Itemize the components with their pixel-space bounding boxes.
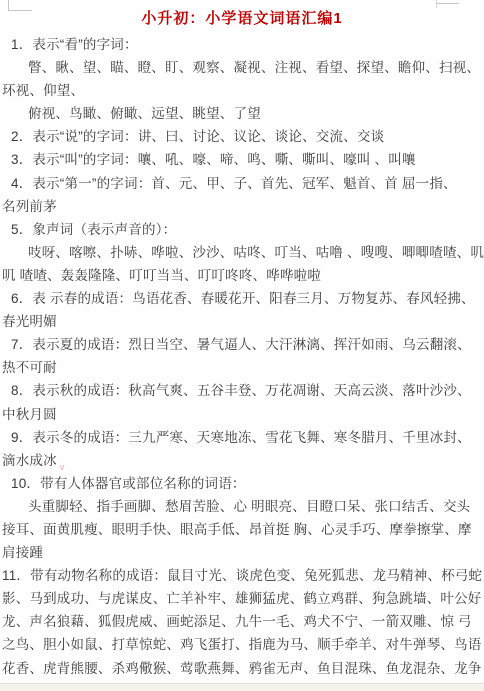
text-line-content: 环视、仰望、 (2, 83, 84, 98)
text-line: 肩接踵 (0, 541, 484, 564)
text-line-content: 3．表示“叫”的字词：嚷、吼、嚎、啼、鸣、嘶、嘶叫、嚎叫 、叫嚷 (11, 152, 416, 167)
text-line-content: 春光明媚 (2, 314, 57, 329)
text-line-content: 8．表示秋的成语：秋高气爽、五谷丰登、万花凋谢、天高云淡、落叶沙沙、 (11, 383, 471, 398)
text-line: 5．象声词（表示声音的）： (0, 218, 484, 241)
text-line-content: 6．表 示春的成语：鸟语花香、春暖花开、阳春三月、万物复苏、春风轻拂、 (11, 291, 475, 306)
text-line: 6．表 示春的成语：鸟语花香、春暖花开、阳春三月、万物复苏、春风轻拂、 (0, 287, 484, 310)
text-line: 叽 喳喳、轰轰隆隆、叮叮当当、叮叮咚咚、哗哗啦啦 (0, 264, 484, 287)
text-line-content: 叽 喳喳、轰轰隆隆、叮叮当当、叮叮咚咚、哗哗啦啦 (2, 268, 321, 283)
text-line-content: 龙、声名狼藉、狐假虎威、画蛇添足、九牛一毛、鸡犬不宁、一箭双雕、惊 弓 (2, 614, 472, 629)
text-line-content: 1．表示“看”的字词： (11, 37, 138, 52)
text-line: 2．表示“说”的字词：讲、曰、讨论、议论、谈论、交流、交谈 (0, 125, 484, 148)
text-line-content: 2．表示“说”的字词：讲、曰、讨论、议论、谈论、交流、交谈 (11, 129, 384, 144)
text-line: 8．表示秋的成语：秋高气爽、五谷丰登、万花凋谢、天高云淡、落叶沙沙、 (0, 379, 484, 402)
text-line-content: 7．表示夏的成语：烈日当空、暑气逼人、大汗淋漓、挥汗如雨、乌云翻滚、 (11, 337, 471, 352)
text-line: 1．表示“看”的字词： (0, 33, 484, 56)
text-line-content: 10．带有人体器官或部位名称的词语： (11, 476, 246, 491)
text-line: 瞥、瞅、望、瞄、瞪、盯、观察、凝视、注视、看望、探望、瞻仰、扫视、 (0, 56, 484, 79)
text-line-content: 头重脚轻、指手画脚、愁眉苦脸、心 明眼亮、目瞪口呆、张口结舌、交头 (28, 499, 470, 514)
text-line-content: 中秋月圆 (2, 407, 57, 422)
text-line: 滴水成冰v (0, 449, 484, 472)
text-line: 11．带有动物名称的成语：鼠目寸光、谈虎色变、兔死狐悲、龙马精神、杯弓蛇 (0, 564, 484, 587)
text-line: 龙、声名狼藉、狐假虎威、画蛇添足、九牛一毛、鸡犬不宁、一箭双雕、惊 弓 (0, 610, 484, 633)
text-line-content: 11．带有动物名称的成语：鼠目寸光、谈虎色变、兔死狐悲、龙马精神、杯弓蛇 (2, 568, 482, 583)
text-line-content: 热不可耐 (2, 360, 57, 375)
text-line: 吱呀、喀嚓、扑哧、哗啦、沙沙、咕咚、叮当、咕噜 、嗖嗖、唧唧喳喳、叽 (0, 241, 484, 264)
text-line: 头重脚轻、指手画脚、愁眉苦脸、心 明眼亮、目瞪口呆、张口结舌、交头 (0, 495, 484, 518)
text-line: 春光明媚 (0, 310, 484, 333)
text-line: 9．表示冬的成语：三九严寒、天寒地冻、雪花飞舞、寒冬腊月、千里冰封、 (0, 426, 484, 449)
text-line-content: 俯视、鸟瞰、俯瞰、远望、眺望、了望 (28, 106, 261, 121)
text-line-content: 肩接踵 (2, 545, 43, 560)
text-line: 热不可耐 (0, 356, 484, 379)
text-line-content: 名列前茅 (2, 199, 57, 214)
text-line: 7．表示夏的成语：烈日当空、暑气逼人、大汗淋漓、挥汗如雨、乌云翻滚、 (0, 333, 484, 356)
text-line: 之鸟、胆小如鼠、打草惊蛇、鸡飞蛋打、指鹿为马、顺手牵羊、对牛弹琴、鸟语 (0, 633, 484, 656)
spellcheck-mark: v (60, 462, 65, 472)
text-line-content: 吱呀、喀嚓、扑哧、哗啦、沙沙、咕咚、叮当、咕噜 、嗖嗖、唧唧喳喳、叽 (28, 245, 484, 260)
page-title: 小升初：小学语文词语汇编1 (0, 7, 484, 28)
text-line-content: 之鸟、胆小如鼠、打草惊蛇、鸡飞蛋打、指鹿为马、顺手牵羊、对牛弹琴、鸟语 (2, 637, 482, 652)
text-line-content: 瞥、瞅、望、瞄、瞪、盯、观察、凝视、注视、看望、探望、瞻仰、扫视、 (28, 60, 480, 75)
document-page: 小升初：小学语文词语汇编1 1．表示“看”的字词：瞥、瞅、望、瞄、瞪、盯、观察、… (0, 0, 484, 691)
text-line-content: 9．表示冬的成语：三九严寒、天寒地冻、雪花飞舞、寒冬腊月、千里冰封、 (11, 430, 471, 445)
text-line-content: 接耳、面黄肌瘦、眼明手快、眼高手低、昂首挺 胸、心灵手巧、摩拳擦掌、摩 (2, 522, 472, 537)
text-line: 中秋月圆 (0, 403, 484, 426)
text-line: 接耳、面黄肌瘦、眼明手快、眼高手低、昂首挺 胸、心灵手巧、摩拳擦掌、摩 (0, 518, 484, 541)
text-line-content: 滴水成冰 (2, 453, 57, 468)
text-line-content: 花香、虎背熊腰、杀鸡儆猴、莺歌燕舞、鸦雀无声、鱼目混珠、鱼龙混杂、龙争 (2, 661, 482, 676)
text-line: 环视、仰望、 (0, 79, 484, 102)
text-line: 10．带有人体器官或部位名称的词语： (0, 472, 484, 495)
text-line-content: 5．象声词（表示声音的）： (11, 222, 176, 237)
text-line: 3．表示“叫”的字词：嚷、吼、嚎、啼、鸣、嘶、嘶叫、嚎叫 、叫嚷 (0, 148, 484, 171)
text-line-content: 影、马到成功、与虎谋皮、亡羊补牢、雄狮猛虎、鹤立鸡群、狗急跳墙、叶公好 (2, 591, 482, 606)
text-line: 俯视、鸟瞰、俯瞰、远望、眺望、了望 (0, 102, 484, 125)
text-line: 名列前茅 (0, 195, 484, 218)
text-line: 影、马到成功、与虎谋皮、亡羊补牢、雄狮猛虎、鹤立鸡群、狗急跳墙、叶公好 (0, 587, 484, 610)
text-line-content: 4．表示“第一”的字词：首、元、甲、子、首先、冠军、魁首、首 屈一指、 (11, 176, 457, 191)
text-line: 4．表示“第一”的字词：首、元、甲、子、首先、冠军、魁首、首 屈一指、 (0, 172, 484, 195)
text-line: 花香、虎背熊腰、杀鸡儆猴、莺歌燕舞、鸦雀无声、鱼目混珠、鱼龙混杂、龙争 (0, 657, 484, 680)
page-bottom-strip (0, 684, 484, 691)
top-right-boundary-mark-horizontal (437, 3, 459, 4)
document-body: 1．表示“看”的字词：瞥、瞅、望、瞄、瞪、盯、观察、凝视、注视、看望、探望、瞻仰… (0, 33, 484, 680)
